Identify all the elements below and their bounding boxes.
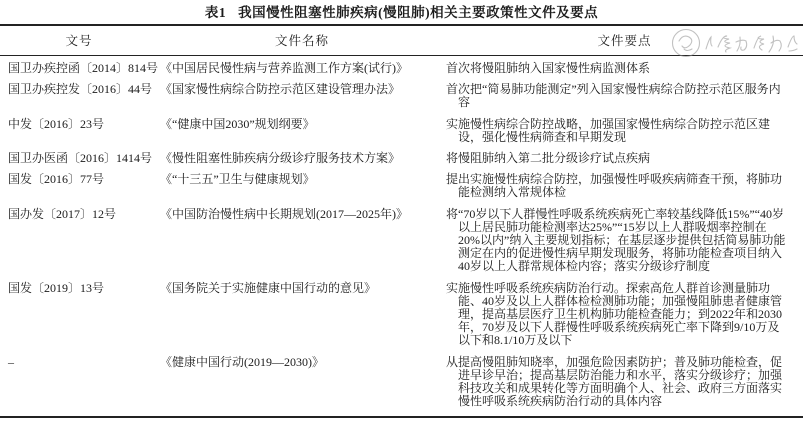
doc-name-cell: 《慢性阻塞性肺疾病分级诊疗服务技术方案》 — [158, 144, 446, 165]
doc-name-cell: 《健康中国行动(2019—2030)》 — [158, 348, 446, 418]
document-page: 表1我国慢性阻塞性肺疾病(慢阻肺)相关主要政策性文件及要点 文号 文件名称 文件… — [0, 0, 803, 429]
doc-name: 《“十三五”卫生与健康规划》 — [160, 173, 438, 186]
doc-points-cell: 实施慢性病综合防控战略，加强国家慢性病综合防控示范区建设，强化慢性病筛查和早期发… — [446, 110, 803, 144]
doc-name: 《慢性阻塞性肺疾病分级诊疗服务技术方案》 — [160, 152, 438, 165]
table-row: 中发〔2016〕23号 《“健康中国2030”规划纲要》 实施慢性病综合防控战略… — [0, 110, 803, 144]
doc-name-cell: 《国务院关于实施健康中国行动的意见》 — [158, 274, 446, 348]
doc-points-cell: 将慢阻肺纳入第二批分级诊疗试点疾病 — [446, 144, 803, 165]
policy-table: 文号 文件名称 文件要点 国卫办疾控函〔2014〕814号 《中国居民慢性病与营… — [0, 24, 803, 418]
doc-points: 将慢阻肺纳入第二批分级诊疗试点疾病 — [446, 152, 787, 165]
doc-points: 首次把“简易肺功能测定”列入国家慢性病综合防控示范区服务内容 — [446, 83, 787, 109]
table-row: 国办发〔2017〕12号 《中国防治慢性病中长期规划(2017—2025年)》 … — [0, 200, 803, 274]
doc-points: 实施慢性病综合防控战略，加强国家慢性病综合防控示范区建设，强化慢性病筛查和早期发… — [446, 118, 787, 144]
doc-points-cell: 首次将慢阻肺纳入国家慢性病监测体系 — [446, 56, 803, 76]
doc-number-cell: 国卫办疾控函〔2014〕814号 — [0, 56, 158, 76]
doc-number: 中发〔2016〕23号 — [8, 118, 158, 131]
table-row: 国卫办医函〔2016〕1414号 《慢性阻塞性肺疾病分级诊疗服务技术方案》 将慢… — [0, 144, 803, 165]
doc-points-cell: 将“70岁以下人群慢性呼吸系统疾病死亡率较基线降低15%”“40岁以上居民肺功能… — [446, 200, 803, 274]
doc-name: 《国家慢性病综合防控示范区建设管理办法》 — [160, 83, 438, 96]
doc-number: 国办发〔2017〕12号 — [8, 208, 158, 221]
doc-number-cell: 国发〔2019〕13号 — [0, 274, 158, 348]
doc-number: 国发〔2019〕13号 — [8, 282, 158, 295]
doc-number-cell: 国卫办疾控发〔2016〕44号 — [0, 75, 158, 109]
doc-points-cell: 从提高慢阻肺知晓率，加强危险因素防护；普及肺功能检查，促进早诊早治；提高基层防治… — [446, 348, 803, 418]
doc-points: 从提高慢阻肺知晓率，加强危险因素防护；普及肺功能检查，促进早诊早治；提高基层防治… — [446, 356, 787, 409]
column-header-doc-number: 文号 — [0, 25, 158, 56]
doc-points: 首次将慢阻肺纳入国家慢性病监测体系 — [446, 62, 787, 75]
table-row: – 《健康中国行动(2019—2030)》 从提高慢阻肺知晓率，加强危险因素防护… — [0, 348, 803, 418]
doc-number-cell: 国办发〔2017〕12号 — [0, 200, 158, 274]
doc-points: 提出实施慢性病综合防控，加强慢性呼吸疾病筛查干预，将肺功能检测纳入常规体检 — [446, 173, 787, 199]
column-header-doc-points: 文件要点 — [446, 25, 803, 56]
table-number-label: 表1 — [205, 5, 226, 20]
doc-number-cell: 中发〔2016〕23号 — [0, 110, 158, 144]
doc-name-cell: 《国家慢性病综合防控示范区建设管理办法》 — [158, 75, 446, 109]
table-title: 表1我国慢性阻塞性肺疾病(慢阻肺)相关主要政策性文件及要点 — [0, 0, 803, 21]
doc-number: 国发〔2016〕77号 — [8, 173, 158, 186]
doc-number: – — [8, 356, 158, 369]
table-row: 国发〔2016〕77号 《“十三五”卫生与健康规划》 提出实施慢性病综合防控，加… — [0, 165, 803, 199]
header-row: 文号 文件名称 文件要点 — [0, 25, 803, 56]
doc-number: 国卫办疾控函〔2014〕814号 — [8, 62, 158, 75]
doc-number-cell: – — [0, 348, 158, 418]
doc-name-cell: 《中国防治慢性病中长期规划(2017—2025年)》 — [158, 200, 446, 274]
doc-name: 《国务院关于实施健康中国行动的意见》 — [160, 282, 438, 295]
doc-number-cell: 国卫办医函〔2016〕1414号 — [0, 144, 158, 165]
table-row: 国卫办疾控函〔2014〕814号 《中国居民慢性病与营养监测工作方案(试行)》 … — [0, 56, 803, 76]
doc-number: 国卫办疾控发〔2016〕44号 — [8, 83, 158, 96]
column-header-doc-name: 文件名称 — [158, 25, 446, 56]
doc-name: 《健康中国行动(2019—2030)》 — [160, 356, 438, 369]
doc-name-cell: 《中国居民慢性病与营养监测工作方案(试行)》 — [158, 56, 446, 76]
table-caption: 我国慢性阻塞性肺疾病(慢阻肺)相关主要政策性文件及要点 — [238, 5, 598, 20]
doc-points-cell: 提出实施慢性病综合防控，加强慢性呼吸疾病筛查干预，将肺功能检测纳入常规体检 — [446, 165, 803, 199]
table-row: 国卫办疾控发〔2016〕44号 《国家慢性病综合防控示范区建设管理办法》 首次把… — [0, 75, 803, 109]
doc-name-cell: 《“十三五”卫生与健康规划》 — [158, 165, 446, 199]
doc-points: 将“70岁以下人群慢性呼吸系统疾病死亡率较基线降低15%”“40岁以上居民肺功能… — [446, 208, 787, 274]
doc-name: 《中国居民慢性病与营养监测工作方案(试行)》 — [160, 62, 438, 75]
doc-points-cell: 首次把“简易肺功能测定”列入国家慢性病综合防控示范区服务内容 — [446, 75, 803, 109]
doc-name: 《“健康中国2030”规划纲要》 — [160, 118, 438, 131]
doc-name-cell: 《“健康中国2030”规划纲要》 — [158, 110, 446, 144]
doc-number-cell: 国发〔2016〕77号 — [0, 165, 158, 199]
doc-number: 国卫办医函〔2016〕1414号 — [8, 152, 158, 165]
doc-name: 《中国防治慢性病中长期规划(2017—2025年)》 — [160, 208, 438, 221]
doc-points: 实施慢性呼吸系统疾病防治行动。探索高危人群首诊测量肺功能、40岁及以上人群体检检… — [446, 282, 787, 348]
doc-points-cell: 实施慢性呼吸系统疾病防治行动。探索高危人群首诊测量肺功能、40岁及以上人群体检检… — [446, 274, 803, 348]
table-row: 国发〔2019〕13号 《国务院关于实施健康中国行动的意见》 实施慢性呼吸系统疾… — [0, 274, 803, 348]
